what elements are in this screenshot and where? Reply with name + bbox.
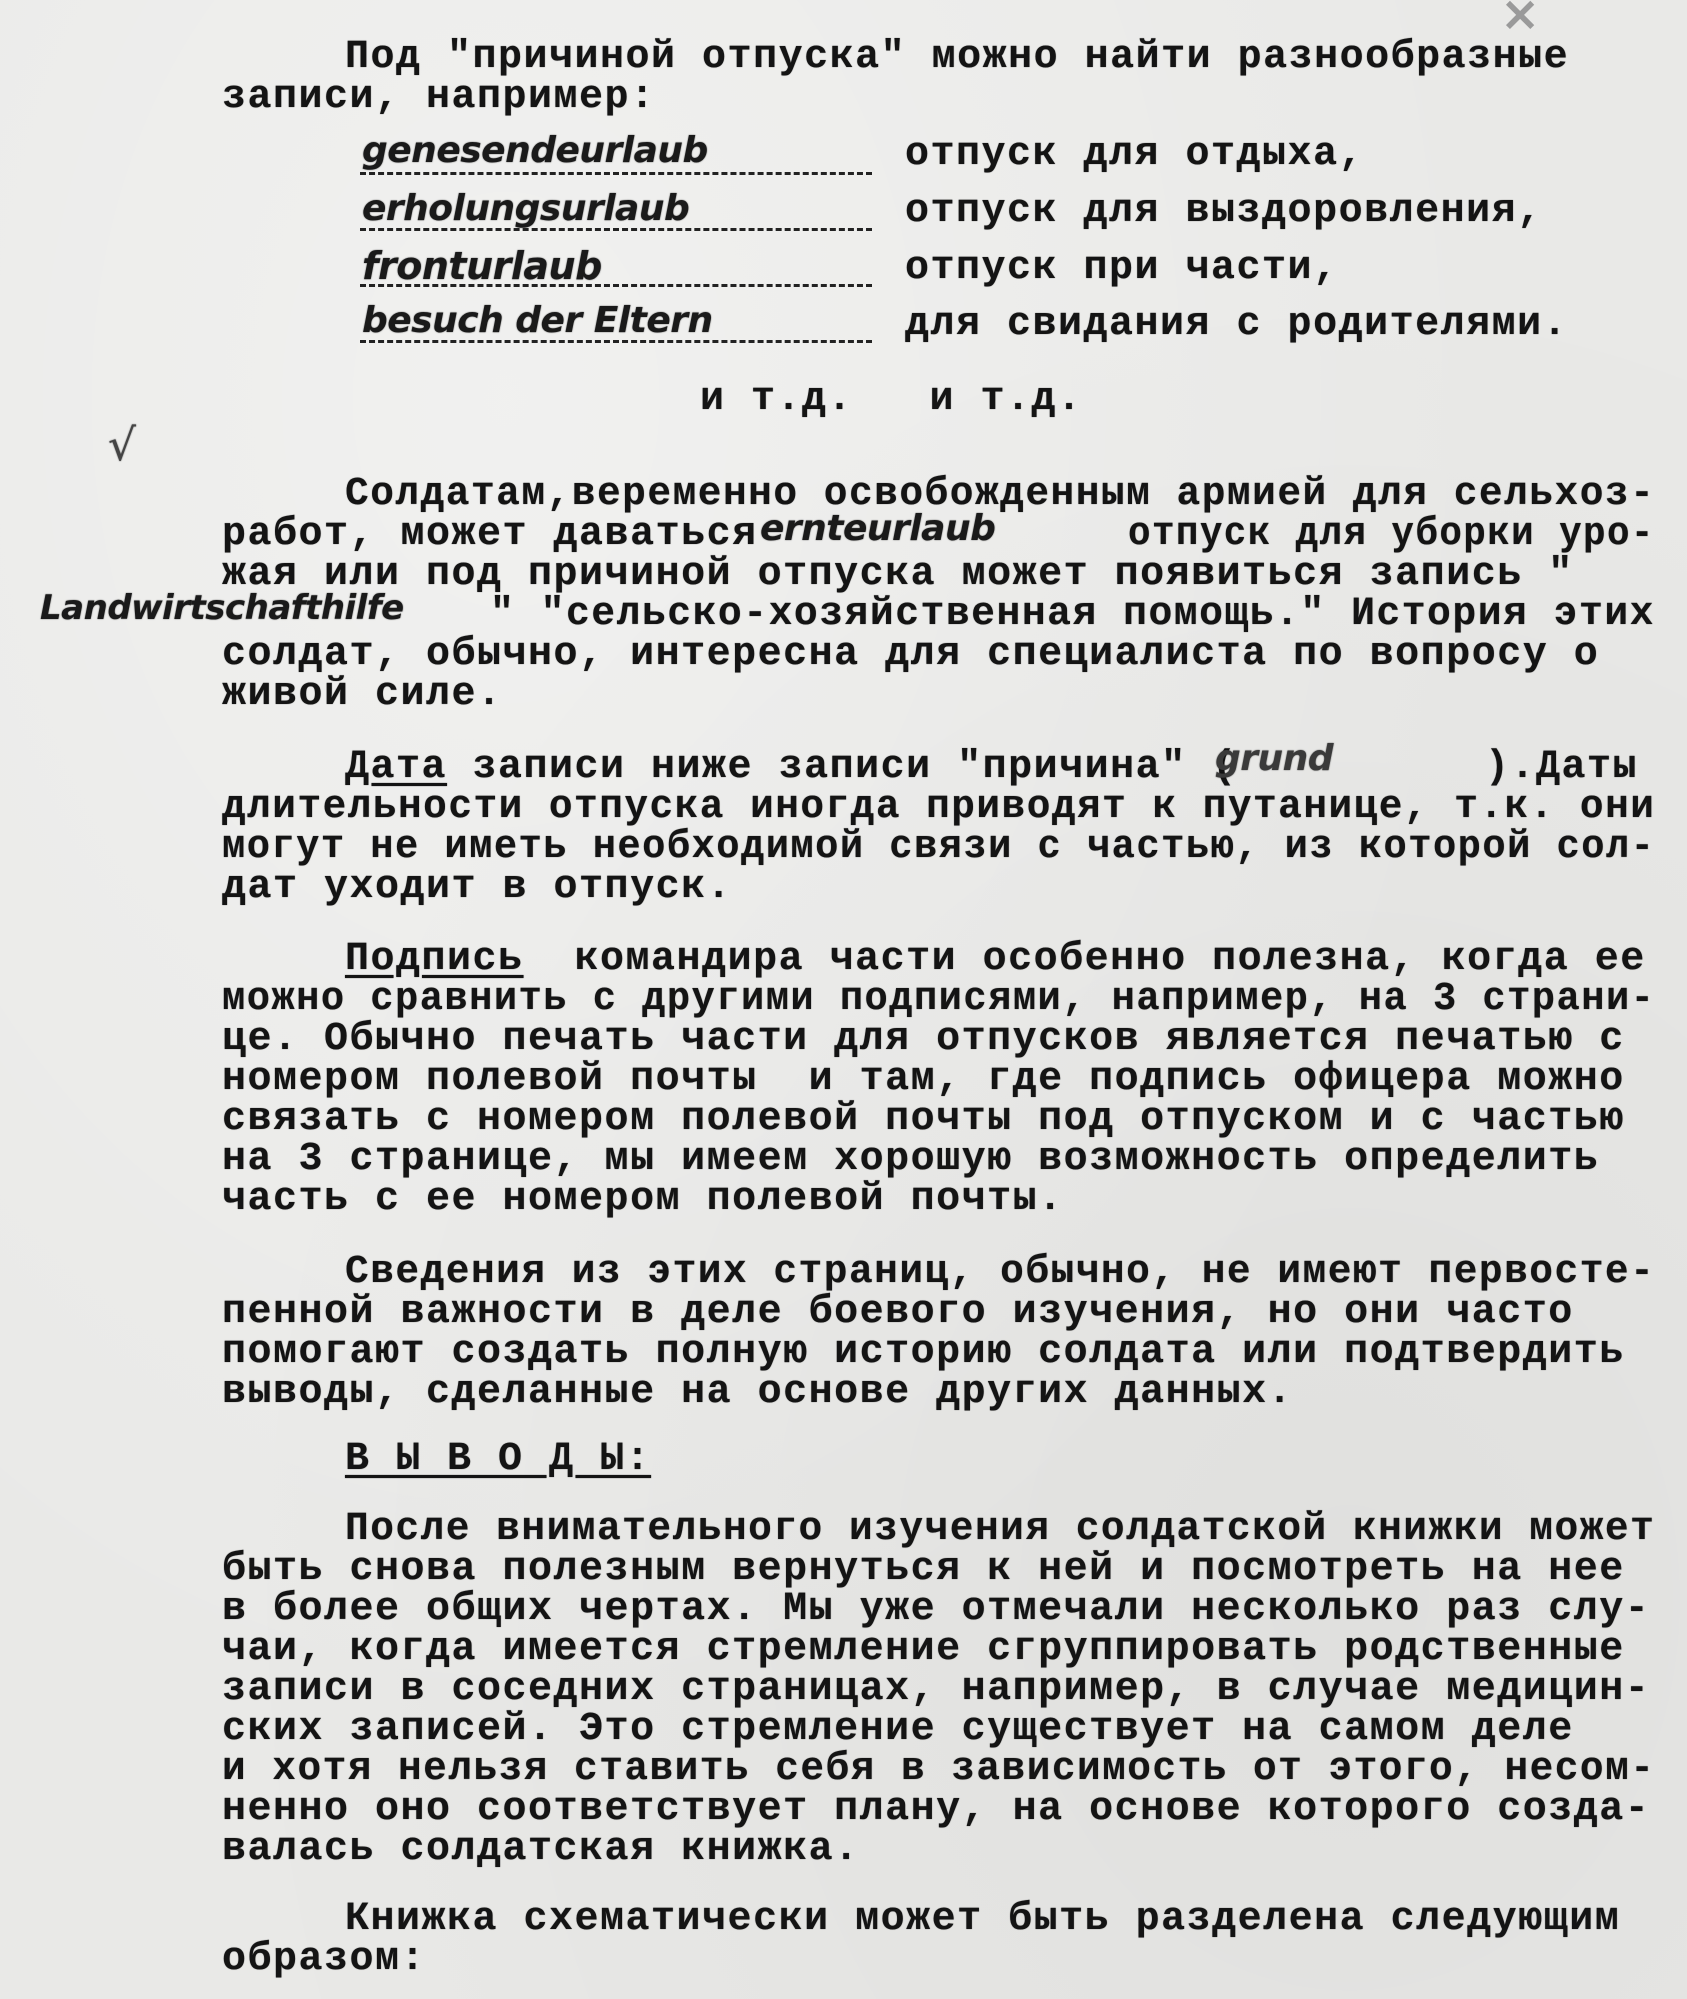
text-line: работ, может даваться [222, 515, 758, 555]
text-line: пенной важности в деле боевого изучения,… [222, 1293, 1574, 1333]
underlined-term: Дата [345, 745, 447, 790]
text-line: Сведения из этих страниц, обычно, не име… [345, 1253, 1655, 1293]
handwritten-german-term: grund [1215, 738, 1333, 779]
text-line: записи в соседних страницах, например, в… [222, 1670, 1650, 1710]
text-line: на 3 странице, мы имеем хорошую возможно… [222, 1140, 1599, 1180]
handwritten-german-term: Landwirtschafthilfe [40, 588, 404, 628]
text-line: солдат, обычно, интересна для специалист… [222, 635, 1599, 675]
intro-line-1: Под "причиной отпуска" можно найти разно… [345, 38, 1569, 78]
russian-translation: отпуск при части, [905, 249, 1339, 289]
text-line: часть с ее номером полевой почты. [222, 1180, 1064, 1220]
conclusions-heading: В Ы В О Д Ы: [345, 1440, 651, 1480]
text-line: ских записей. Это стремление существует … [222, 1710, 1574, 1750]
check-mark-icon: √ [108, 420, 136, 471]
etc-line: и т.д. и т.д. [700, 380, 1083, 420]
intro-line-2: записи, например: [222, 78, 656, 118]
text-line: Дата записи ниже записи "причина" ( [345, 748, 1238, 788]
text-line: це. Обычно печать части для отпусков явл… [222, 1020, 1625, 1060]
handwritten-german-term: besuch der Eltern [362, 300, 713, 341]
handwritten-german-term: ernteurlaub [760, 508, 995, 549]
text-line: Солдатам,веременно освобожденным армией … [345, 475, 1655, 515]
text-line: дат уходит в отпуск. [222, 868, 732, 908]
scanned-document-page: × Под "причиной отпуска" можно найти раз… [0, 0, 1687, 1999]
text-line: связать с номером полевой почты под отпу… [222, 1100, 1625, 1140]
text-line: валась солдатская книжка. [222, 1830, 860, 1870]
text-line: отпуск для уборки уро- [1128, 515, 1655, 555]
entry-underline [360, 340, 872, 343]
russian-translation: отпуск для отдыха, [905, 135, 1364, 175]
text-line: помогают создать полную историю солдата … [222, 1333, 1625, 1373]
entry-underline [360, 228, 872, 231]
handwritten-german-term: genesendeurlaub [362, 130, 708, 171]
russian-translation: для свидания с родителями. [905, 305, 1568, 345]
entry-underline [360, 172, 872, 175]
text-line: ).Даты [1485, 748, 1638, 788]
text-line: длительности отпуска иногда приводят к п… [222, 788, 1655, 828]
text-line: " "сельско-хозяйственная помощь." Истори… [490, 595, 1655, 635]
text-line: После внимательного изучения солдатской … [345, 1510, 1655, 1550]
text-line: могут не иметь необходимой связи с часть… [222, 828, 1655, 868]
text-line: Книжка схематически может быть разделена… [345, 1900, 1620, 1940]
text-line: Подпись командира части особенно полезна… [345, 940, 1646, 980]
text-line: в более общих чертах. Мы уже отмечали не… [222, 1590, 1650, 1630]
text-span: записи ниже записи "причина" ( [447, 745, 1238, 790]
handwritten-german-term: erholungsurlaub [362, 188, 689, 229]
text-line: живой силе. [222, 675, 503, 715]
russian-translation: отпуск для выздоровления, [905, 192, 1543, 232]
text-line: номером полевой почты и там, где подпись… [222, 1060, 1625, 1100]
entry-underline [360, 284, 872, 287]
text-line: и хотя нельзя ставить себя в зависимость… [222, 1750, 1655, 1790]
handwritten-german-term: fronturlaub [362, 244, 602, 288]
text-line: выводы, сделанные на основе других данны… [222, 1373, 1293, 1413]
text-line: чаи, когда имеется стремление сгруппиров… [222, 1630, 1625, 1670]
text-line: можно сравнить с другими подписями, напр… [222, 980, 1655, 1020]
text-line: жая или под причиной отпуска может появи… [222, 555, 1574, 595]
text-line: ненно оно соответствует плану, на основе… [222, 1790, 1650, 1830]
text-span: командира части особенно полезна, когда … [524, 937, 1646, 982]
underlined-term: Подпись [345, 937, 524, 982]
text-line: быть снова полезным вернуться к ней и по… [222, 1550, 1625, 1590]
text-line: образом: [222, 1940, 426, 1980]
